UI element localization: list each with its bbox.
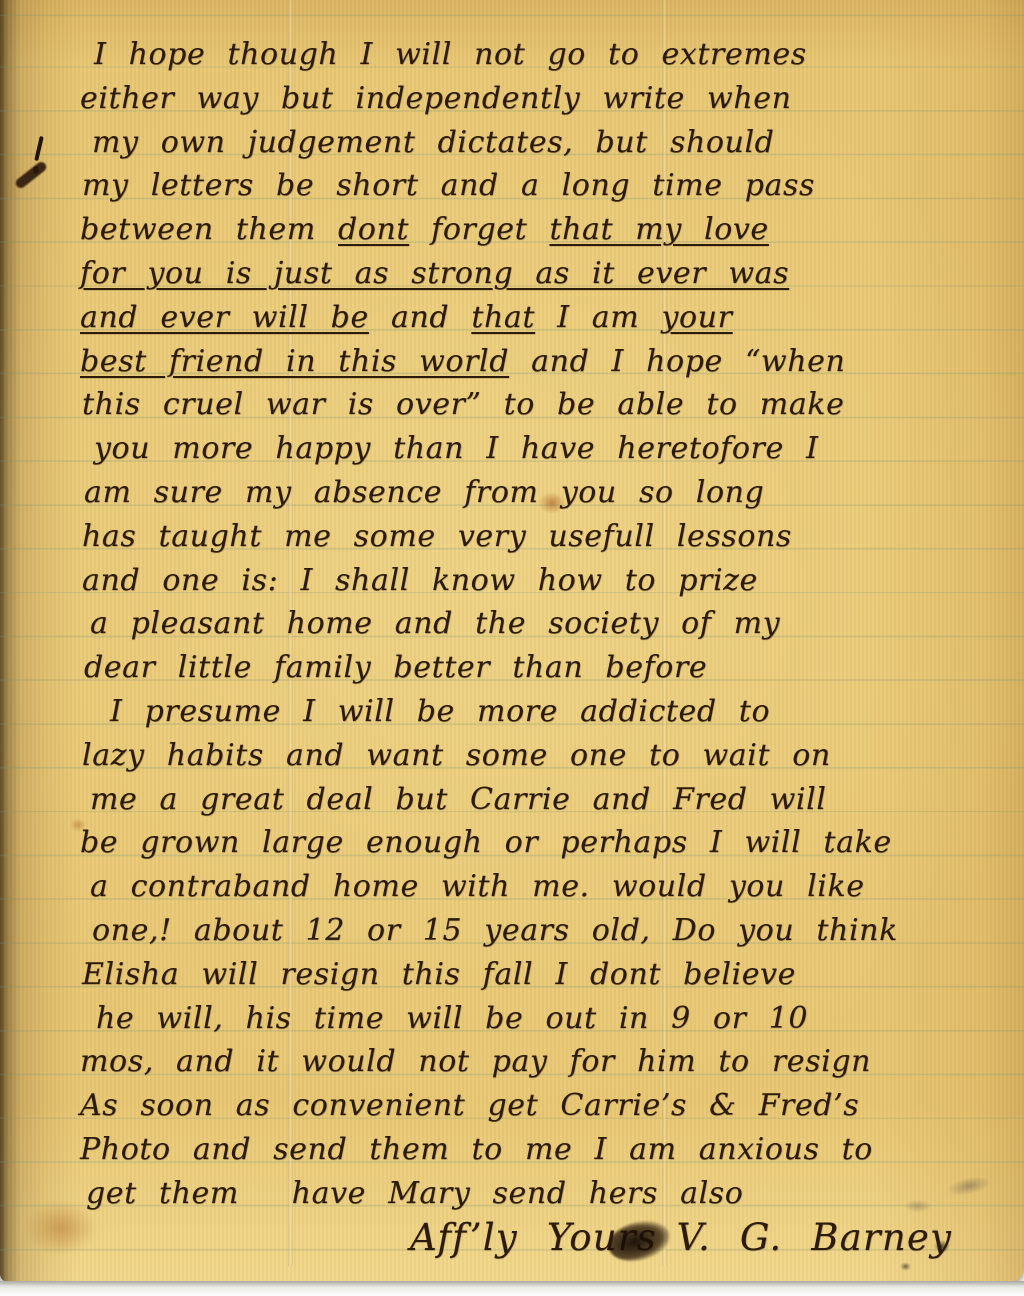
underlined-handwriting: best friend in this world [80,344,509,379]
handwriting-text: one,! about 12 or 15 years old, Do you t… [92,913,898,948]
handwriting-text: I presume I will be more addicted to [110,694,770,729]
handwriting-text: my own judgement dictates, but should [92,125,774,160]
handwriting-text: am sure my absence from you so long [84,475,764,510]
letter-line: my letters be short and a long time pass [82,164,1014,208]
underlined-handwriting: for you is just as strong as it ever was [80,256,789,291]
letter-line: this cruel war is over” to be able to ma… [82,383,1014,427]
handwriting-text: As soon as convenient get Carrie’s & Fre… [80,1088,859,1123]
scanner-background-strip [0,1281,1024,1296]
handwriting-text: and one is: I shall know how to prize [82,563,758,598]
handwriting-text: between them [80,212,338,247]
letter-line: am sure my absence from you so long [84,471,1014,515]
letter-line: one,! about 12 or 15 years old, Do you t… [92,909,1014,953]
letter-paper-sheet: I hope though I will not go to extremese… [0,0,1024,1282]
letter-line: lazy habits and want some one to wait on [82,734,1014,778]
letter-line: for you is just as strong as it ever was [80,252,1014,296]
letter-line: be grown large enough or perhaps I will … [80,821,1014,865]
signature-line: Aff’ly Yours V. G. Barney [80,1216,1014,1260]
handwriting-text: this cruel war is over” to be able to ma… [82,387,844,422]
handwriting-text: V. G. Barney [657,1216,952,1259]
handwriting-text: has taught me some very usefull lessons [82,519,792,554]
letter-line: me a great deal but Carrie and Fred will [90,778,1014,822]
handwriting-text: mos, and it would not pay for him to res… [80,1044,871,1079]
handwriting-text: dear little family better than before [84,650,707,685]
handwriting-text: Photo and send them to me I am anxious t… [80,1132,873,1167]
handwriting-text: and I hope “when [509,344,845,379]
handwriting-text: you more happy than I have heretofore I [94,431,818,466]
underlined-handwriting: that [471,300,535,335]
handwriting-text: a pleasant home and the society of my [90,606,780,641]
underlined-handwriting: and ever will be [80,300,369,335]
underlined-handwriting: your [661,300,732,335]
handwriting-text: get them have Mary send hers also [86,1176,743,1211]
handwriting-text: I am [535,300,661,335]
underlined-handwriting: dont [338,212,409,247]
letter-body: I hope though I will not go to extremese… [80,33,1014,1259]
handwriting-text: a contraband home with me. would you lik… [90,869,865,904]
handwriting-text: and [369,300,471,335]
handwriting-text: Elisha will resign this fall I dont beli… [82,957,796,992]
letter-line: I hope though I will not go to extremes [94,33,1014,77]
letter-line: and one is: I shall know how to prize [82,559,1014,603]
letter-line: Elisha will resign this fall I dont beli… [82,953,1014,997]
letter-line: a pleasant home and the society of my [90,602,1014,646]
letter-line: I presume I will be more addicted to [110,690,1014,734]
letter-line: dear little family better than before [84,646,1014,690]
handwriting-text: lazy habits and want some one to wait on [82,738,831,773]
letter-line: a contraband home with me. would you lik… [90,865,1014,909]
letter-line: Photo and send them to me I am anxious t… [80,1128,1014,1172]
letter-line: best friend in this world and I hope “wh… [80,340,1014,384]
letter-line: he will, his time will be out in 9 or 10 [96,997,1014,1041]
letter-line: and ever will be and that I am your [80,296,1014,340]
handwriting-text: my letters be short and a long time pass [82,168,815,203]
letter-line: As soon as convenient get Carrie’s & Fre… [80,1084,1014,1128]
handwriting-text: I hope though I will not go to extremes [94,37,807,72]
handwriting-text: me a great deal but Carrie and Fred will [90,782,827,817]
letter-line: mos, and it would not pay for him to res… [80,1040,1014,1084]
letter-line: has taught me some very usefull lessons [82,515,1014,559]
letter-line: get them have Mary send hers also [86,1172,1014,1216]
underlined-handwriting: that my love [549,212,768,247]
letter-line: you more happy than I have heretofore I [94,427,1014,471]
letter-line: between them dont forget that my love [80,208,1014,252]
handwriting-text: either way but independently write when [80,81,792,116]
ink-speck [900,1262,911,1271]
scanned-letter-page: I hope though I will not go to extremese… [0,0,1024,1296]
handwriting-text: forget [409,212,549,247]
letter-line: either way but independently write when [80,77,1014,121]
handwriting-text: be grown large enough or perhaps I will … [80,825,892,860]
letter-line: my own judgement dictates, but should [92,121,1014,165]
handwriting-text: he will, his time will be out in 9 or 10 [96,1001,808,1036]
